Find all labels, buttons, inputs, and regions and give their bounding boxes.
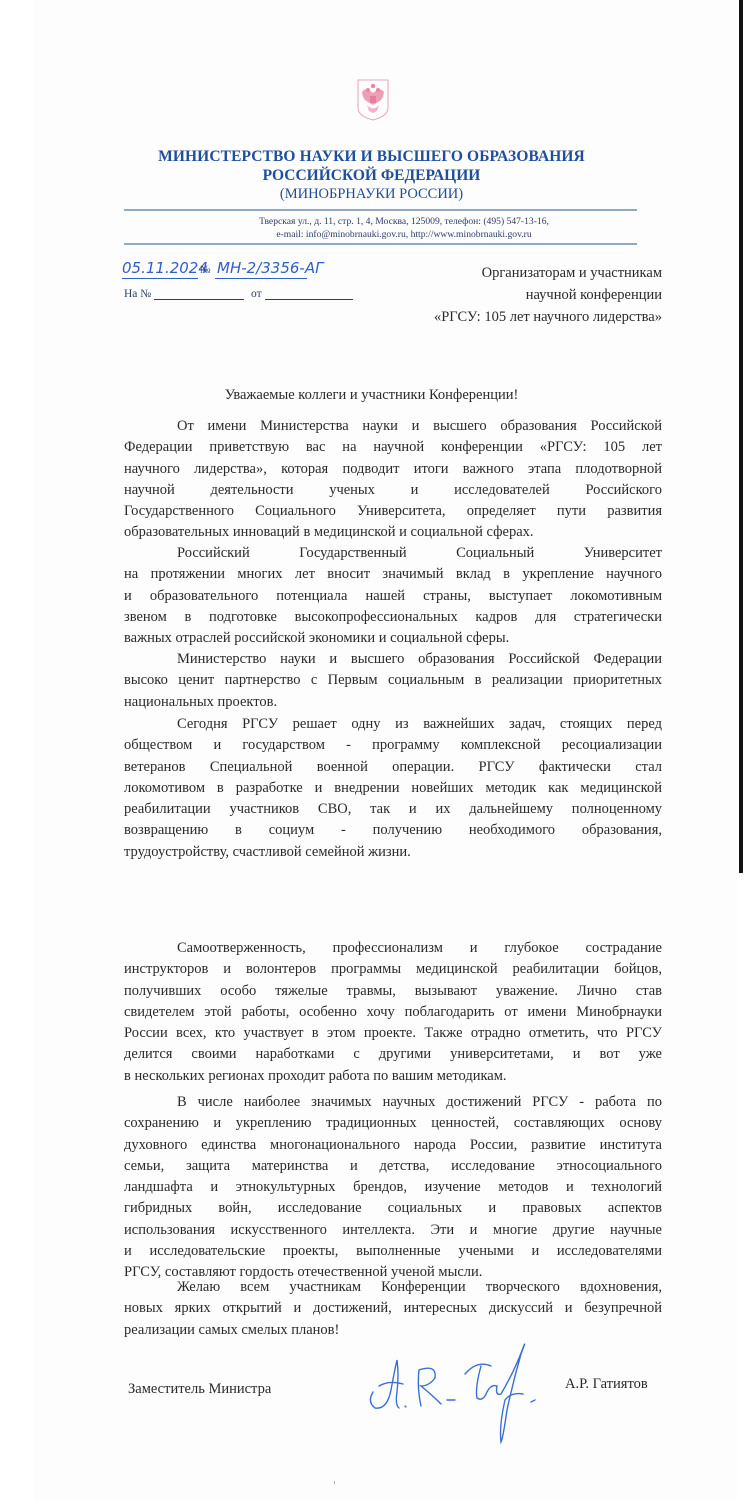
- greeting: Уважаемые коллеги и участники Конференци…: [0, 387, 743, 404]
- paragraph-2: Российский Государственный Социальный Ун…: [124, 543, 662, 649]
- paragraph-line: ландшафта и этнокультурных брендов, изуч…: [124, 1177, 662, 1198]
- paragraph-line: научной деятельности ученых и исследоват…: [124, 480, 662, 501]
- letterhead-divider-top: [124, 209, 637, 211]
- paragraph-line: на протяжении многих лет вносит значимый…: [124, 564, 662, 585]
- reference-number-label: На №: [124, 288, 151, 300]
- addressee-block: Организаторам и участникам научной конфе…: [400, 262, 662, 328]
- paragraph-line: Самоотверженность, профессионализм и глу…: [124, 938, 662, 959]
- scan-speck: [334, 1481, 335, 1484]
- paragraph-line: высоко ценит партнерство с Первым социал…: [124, 670, 662, 691]
- paragraph-line: новых ярких открытий и достижений, интер…: [124, 1298, 662, 1319]
- paragraph-line: важных отраслей российской экономики и с…: [124, 628, 662, 649]
- paragraph-line: обществом и государством - программу ком…: [124, 735, 662, 756]
- paragraph-line: Государственного Социального Университет…: [124, 501, 662, 522]
- reference-date-blank: [265, 287, 353, 300]
- paragraph-line: Министерство науки и высшего образования…: [124, 649, 662, 670]
- addressee-line2: научной конференции: [400, 284, 662, 306]
- paragraph-line: Сегодня РГСУ решает одну из важнейших за…: [124, 714, 662, 735]
- reference-number-blank: [154, 287, 244, 300]
- letterhead-divider-bottom: [124, 243, 637, 245]
- paragraph-line: сохранению и укреплению традиционных цен…: [124, 1113, 662, 1134]
- signatory-name: А.Р. Гатиятов: [565, 1376, 648, 1393]
- paragraph-line: и образовательного потенциала нашей стра…: [124, 586, 662, 607]
- registration-date: 05.11.2024: [122, 259, 208, 277]
- paragraph-6: В числе наиболее значимых научных достиж…: [124, 1092, 662, 1284]
- paragraph-line: в нескольких регионах проходит работа по…: [124, 1066, 662, 1087]
- signature-icon: [365, 1330, 555, 1445]
- paragraph-line: делится своими наработками с другими уни…: [124, 1044, 662, 1065]
- paragraph-line: ветеранов Специальной военной операции. …: [124, 757, 662, 778]
- paragraph-line: свидетелем этой работы, особенно хочу по…: [124, 1002, 662, 1023]
- registration-number: МН-2/3356-АГ: [217, 259, 323, 277]
- paragraph-line: Желаю всем участникам Конференции творче…: [124, 1277, 662, 1298]
- ministry-name-line2: РОССИЙСКОЙ ФЕДЕРАЦИИ: [0, 167, 743, 185]
- number-underline: [215, 278, 307, 279]
- paragraph-line: звеном в подготовке высокопрофессиональн…: [124, 607, 662, 628]
- paragraph-line: гибридных войн, исследование социальных …: [124, 1198, 662, 1219]
- paragraph-4: Сегодня РГСУ решает одну из важнейших за…: [124, 714, 662, 863]
- paragraph-line: семьи, защита материнства и детства, исс…: [124, 1156, 662, 1177]
- addressee-line1: Организаторам и участникам: [400, 262, 662, 284]
- ministry-short-name: (МИНОБРНАУКИ РОССИИ): [0, 186, 743, 203]
- paragraph-line: и исследовательские проекты, выполненные…: [124, 1241, 662, 1262]
- paragraph-line: образовательных инноваций в медицинской …: [124, 522, 662, 543]
- addressee-line3: «РГСУ: 105 лет научного лидерства»: [400, 306, 662, 328]
- paragraph-line: научного лидерства», которая подводит ит…: [124, 459, 662, 480]
- paragraph-5: Самоотверженность, профессионализм и глу…: [124, 938, 662, 1087]
- paragraph-line: России всех, кто участвует в этом проект…: [124, 1023, 662, 1044]
- paragraph-line: национальных проектов.: [124, 692, 662, 713]
- reference-row: На № от: [124, 287, 353, 300]
- contact-line: e-mail: info@minobrnauki.gov.ru, http://…: [124, 228, 684, 241]
- paragraph-line: духовного единства многонационального на…: [124, 1135, 662, 1156]
- paragraph-line: реабилитации участников СВО, так и их да…: [124, 799, 662, 820]
- paragraph-line: использования искусственного интеллекта.…: [124, 1220, 662, 1241]
- paragraph-1: От имени Министерства науки и высшего об…: [124, 416, 662, 544]
- paragraph-line: инструкторов и волонтеров программы меди…: [124, 959, 662, 980]
- number-label: №: [200, 264, 211, 276]
- paragraph-line: возвращению в социум - получению необход…: [124, 820, 662, 841]
- page-edge-border: [739, 0, 743, 873]
- ministry-name-line1: МИНИСТЕРСТВО НАУКИ И ВЫСШЕГО ОБРАЗОВАНИЯ: [0, 148, 743, 166]
- letterhead-contacts: Тверская ул., д. 11, стр. 1, 4, Москва, …: [124, 215, 684, 241]
- russian-coat-of-arms-icon: [356, 78, 390, 122]
- date-underline: [122, 278, 198, 279]
- address-line: Тверская ул., д. 11, стр. 1, 4, Москва, …: [124, 215, 684, 228]
- paragraph-line: локомотивом в разработке и внедрении нов…: [124, 778, 662, 799]
- paragraph-3: Министерство науки и высшего образования…: [124, 649, 662, 713]
- paragraph-line: В числе наиболее значимых научных достиж…: [124, 1092, 662, 1113]
- paragraph-line: Федерации приветствую вас на научной кон…: [124, 437, 662, 458]
- paragraph-line: получивших особо тяжелые травмы, вызываю…: [124, 981, 662, 1002]
- paragraph-line: трудоустройству, счастливой семейной жиз…: [124, 842, 662, 863]
- paragraph-line: От имени Министерства науки и высшего об…: [124, 416, 662, 437]
- signatory-position: Заместитель Министра: [128, 1381, 271, 1398]
- reference-from-label: от: [251, 288, 262, 300]
- paragraph-line: Российский Государственный Социальный Ун…: [124, 543, 662, 564]
